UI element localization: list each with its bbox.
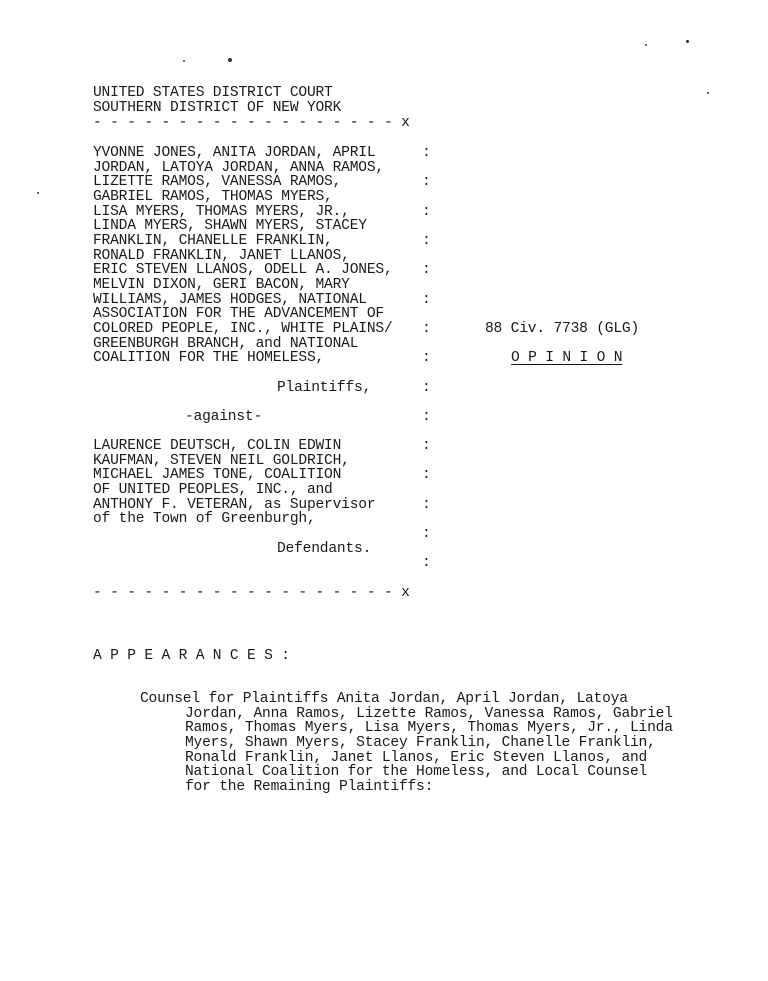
caption-rule-top: - - - - - - - - - - - - - - - - - - x <box>93 116 410 131</box>
plaintiff-line: COLORED PEOPLE, INC., WHITE PLAINS/ <box>93 322 393 337</box>
scan-speck <box>707 92 709 94</box>
defendant-line: OF UNITED PEOPLES, INC., and <box>93 483 333 498</box>
plaintiff-line: LINDA MYERS, SHAWN MYERS, STACEY <box>93 219 367 234</box>
plaintiff-line: LIZETTE RAMOS, VANESSA RAMOS, <box>93 175 341 190</box>
caption-colon: : <box>422 146 431 161</box>
caption-colon: : <box>422 322 431 337</box>
defendant-line: MICHAEL JAMES TONE, COALITION <box>93 468 341 483</box>
caption-colon: : <box>422 234 431 249</box>
plaintiff-line: GABRIEL RAMOS, THOMAS MYERS, <box>93 190 333 205</box>
caption-colon: : <box>422 351 431 366</box>
plaintiff-line: FRANKLIN, CHANELLE FRANKLIN, <box>93 234 333 249</box>
scan-speck <box>645 44 647 46</box>
counsel-line: Counsel for Plaintiffs Anita Jordan, Apr… <box>140 692 628 707</box>
scan-speck <box>37 192 39 194</box>
caption-colon: : <box>422 205 431 220</box>
caption-rule-bottom: - - - - - - - - - - - - - - - - - - x <box>93 586 410 601</box>
counsel-line: National Coalition for the Homeless, and… <box>185 765 647 780</box>
caption-colon: : <box>422 175 431 190</box>
plaintiff-line: ERIC STEVEN LLANOS, ODELL A. JONES, <box>93 263 393 278</box>
plaintiffs-label: Plaintiffs, <box>277 381 371 396</box>
counsel-line: Ramos, Thomas Myers, Lisa Myers, Thomas … <box>185 721 673 736</box>
counsel-line: Myers, Shawn Myers, Stacey Franklin, Cha… <box>185 736 656 751</box>
defendants-label: Defendants. <box>277 542 371 557</box>
document-title: O P I N I O N <box>511 351 622 366</box>
defendant-line: of the Town of Greenburgh, <box>93 512 316 527</box>
caption-colon: : <box>422 468 431 483</box>
caption-colon: : <box>422 381 431 396</box>
plaintiff-line: ASSOCIATION FOR THE ADVANCEMENT OF <box>93 307 384 322</box>
docket-number: 88 Civ. 7738 (GLG) <box>485 322 639 337</box>
caption-colon: : <box>422 263 431 278</box>
document-page: UNITED STATES DISTRICT COURT SOUTHERN DI… <box>0 0 768 981</box>
scan-speck <box>183 60 185 62</box>
caption-colon: : <box>422 498 431 513</box>
caption-colon: : <box>422 527 431 542</box>
court-name: UNITED STATES DISTRICT COURT <box>93 86 333 101</box>
caption-colon: : <box>422 439 431 454</box>
caption-colon: : <box>422 410 431 425</box>
scan-speck <box>686 40 689 43</box>
against-label: -against- <box>185 410 262 425</box>
caption-colon: : <box>422 293 431 308</box>
counsel-line: for the Remaining Plaintiffs: <box>185 780 433 795</box>
defendant-line: LAURENCE DEUTSCH, COLIN EDWIN <box>93 439 341 454</box>
plaintiff-line: COALITION FOR THE HOMELESS, <box>93 351 324 366</box>
court-district: SOUTHERN DISTRICT OF NEW YORK <box>93 101 341 116</box>
plaintiff-line: MELVIN DIXON, GERI BACON, MARY <box>93 278 350 293</box>
plaintiff-line: YVONNE JONES, ANITA JORDAN, APRIL <box>93 146 375 161</box>
appearances-heading: A P P E A R A N C E S : <box>93 649 290 664</box>
caption-colon: : <box>422 556 431 571</box>
scan-speck <box>228 58 232 62</box>
